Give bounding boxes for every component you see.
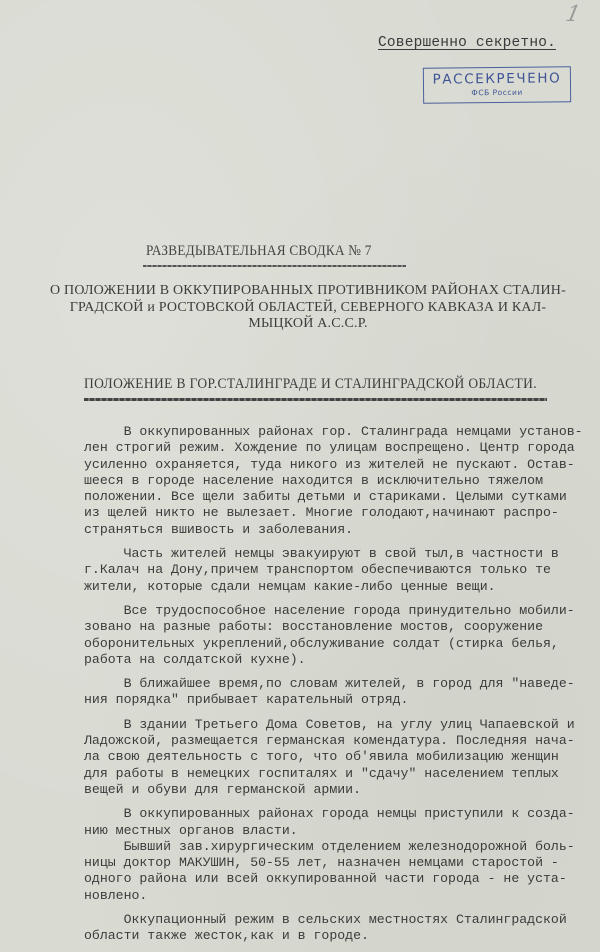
text-line: вещей и обуви для германской армии. — [84, 782, 594, 798]
text-line: нию местных органов власти. — [84, 823, 594, 839]
paragraph: В оккупированных районах гор. Сталинград… — [84, 424, 594, 538]
document-subject: О ПОЛОЖЕНИИ В ОККУПИРОВАННЫХ ПРОТИВНИКОМ… — [44, 283, 572, 333]
section-heading: ПОЛОЖЕНИЕ В ГОР.СТАЛИНГРАДЕ И СТАЛИНГРАД… — [84, 376, 537, 393]
text-line: оборонительных укреплений,обслуживание с… — [84, 636, 594, 652]
paragraph: Оккупационный режим в сельских местностя… — [84, 912, 594, 945]
paragraph: Все трудоспособное население города прин… — [84, 603, 594, 668]
text-line: ницы доктор МАКУШИН, 50-55 лет, назначен… — [84, 855, 594, 871]
text-line: новлено. — [84, 888, 594, 904]
stamp-title: РАССЕКРЕЧЕНО — [424, 71, 570, 88]
title-underline — [143, 265, 406, 267]
paragraph: В оккупированных районах города немцы пр… — [84, 806, 594, 839]
text-line: Бывший зав.хирургическим отделением желе… — [84, 839, 594, 855]
classification-label: Совершенно секретно. — [378, 35, 556, 51]
text-line: ния порядка" прибывает карательный отряд… — [84, 692, 594, 708]
text-line: для работы в немецких госпиталях и "сдач… — [84, 766, 594, 782]
declassified-stamp: РАССЕКРЕЧЕНО ФСБ России — [423, 66, 571, 104]
text-line: усиленно охраняется, туда никого из жите… — [84, 457, 594, 473]
subject-line: О ПОЛОЖЕНИИ В ОККУПИРОВАННЫХ ПРОТИВНИКОМ… — [44, 283, 572, 300]
document-title: РАЗВЕДЫВАТЕЛЬНАЯ СВОДКА № 7 — [146, 243, 372, 260]
text-line: г.Калач на Дону,причем транспортом обесп… — [84, 562, 594, 578]
text-line: В здании Третьего Дома Советов, на углу … — [84, 717, 594, 733]
text-line: положении. Все щели забиты детьми и стар… — [84, 489, 594, 505]
text-line: Часть жителей немцы эвакуируют в свой ты… — [84, 546, 594, 562]
subject-line: ГРАДСКОЙ и РОСТОВСКОЙ ОБЛАСТЕЙ, СЕВЕРНОГ… — [44, 300, 572, 317]
subject-line: МЫЦКОЙ А.С.С.Р. — [44, 316, 572, 333]
text-line: Оккупационный режим в сельских местностя… — [84, 912, 594, 928]
text-line: жители, которые сдали немцам какие-либо … — [84, 579, 594, 595]
section-underline — [84, 398, 547, 401]
text-line: работа на солдатской кухне). — [84, 652, 594, 668]
body-text: В оккупированных районах гор. Сталинград… — [84, 424, 594, 952]
text-line: В ближайшее время,по словам жителей, в г… — [84, 676, 594, 692]
paragraph: В здании Третьего Дома Советов, на углу … — [84, 717, 594, 798]
text-line: области также жесток,как и в городе. — [84, 928, 594, 944]
text-line: шееся в городе население находится в иск… — [84, 473, 594, 489]
text-line: одного района или всей оккупированной ча… — [84, 871, 594, 887]
text-line: из щелей никто не вылезает. Многие голод… — [84, 505, 594, 521]
page-number: 1 — [563, 2, 582, 27]
text-line: В оккупированных районах города немцы пр… — [84, 806, 594, 822]
text-line: зовано на разные работы: восстановление … — [84, 619, 594, 635]
text-line: В оккупированных районах гор. Сталинград… — [84, 424, 594, 440]
text-line: ла свою деятельность с того, что об'явил… — [84, 749, 594, 765]
paragraph: В ближайшее время,по словам жителей, в г… — [84, 676, 594, 709]
paragraph: Часть жителей немцы эвакуируют в свой ты… — [84, 546, 594, 595]
stamp-subtitle: ФСБ России — [424, 87, 570, 98]
text-line: Все трудоспособное население города прин… — [84, 603, 594, 619]
text-line: Ладожской, размещается германская коменд… — [84, 733, 594, 749]
text-line: лен строгий режим. Хождение по улицам во… — [84, 440, 594, 456]
paragraph: Бывший зав.хирургическим отделением желе… — [84, 839, 594, 904]
text-line: страняться вшивость и заболевания. — [84, 522, 594, 538]
